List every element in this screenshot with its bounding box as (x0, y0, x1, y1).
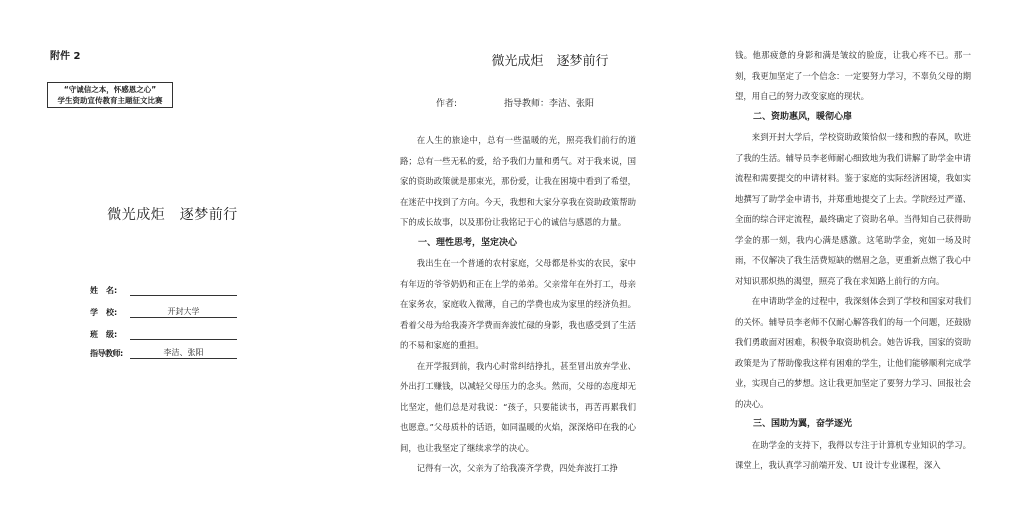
contest-title: 学生资助宣传教育主题征文比赛 (48, 95, 172, 106)
paragraph: 在助学金的支持下，我得以专注于计算机专业知识的学习。课堂上，我认真学习前端开发、… (735, 435, 971, 476)
field-teacher: 指导教师: 李洁、张阳 (90, 347, 237, 359)
field-name: 姓 名: (90, 284, 237, 296)
cover-page: 附件 2 “守诚信之本，怀感恩之心” 学生资助宣传教育主题征文比赛 微光成炬 逐… (0, 0, 360, 522)
paragraph: 我出生在一个普通的农村家庭，父母都是朴实的农民，家中有年迈的爷爷奶奶和正在上学的… (400, 253, 636, 356)
field-label: 指导教师: (90, 348, 130, 359)
field-class: 班 级: (90, 328, 237, 340)
contest-slogan: “守诚信之本，怀感恩之心” (48, 84, 172, 95)
paragraph: 记得有一次，父亲为了给我凑齐学费，四处奔波打工挣 (400, 458, 636, 479)
essay-body: 钱。他那疲惫的身影和满是皱纹的脸庞，让我心疼不已。那一刻，我更加坚定了一个信念：… (735, 45, 971, 476)
field-school: 学 校: 开封大学 (90, 306, 237, 318)
attachment-label: 附件 2 (50, 47, 80, 62)
paragraph: 在开学报到前，我内心时常纠结挣扎，甚至冒出放弃学业、外出打工赚钱，以减轻父母压力… (400, 356, 636, 459)
field-label: 姓 名: (90, 285, 130, 296)
field-label: 学 校: (90, 307, 130, 318)
contest-name-box: “守诚信之本，怀感恩之心” 学生资助宣传教育主题征文比赛 (47, 82, 173, 108)
essay-title: 微光成炬 逐梦前行 (380, 50, 720, 69)
author-label: 作者: (436, 96, 457, 109)
essay-page-2: 钱。他那疲惫的身影和满是皱纹的脸庞，让我心疼不已。那一刻，我更加坚定了一个信念：… (720, 0, 1024, 522)
paragraph-continued: 钱。他那疲惫的身影和满是皱纹的脸庞，让我心疼不已。那一刻，我更加坚定了一个信念：… (735, 45, 971, 107)
essay-body: 在人生的旅途中，总有一些温暖的光，照亮我们前行的道路；总有一些无私的爱，给予我们… (400, 130, 636, 479)
intro-paragraph: 在人生的旅途中，总有一些温暖的光，照亮我们前行的道路；总有一些无私的爱，给予我们… (400, 130, 636, 233)
section-heading: 二、资助惠风，暖彻心扉 (735, 107, 971, 128)
cover-title: 微光成炬 逐梦前行 (0, 204, 345, 224)
section-heading: 三、国助为翼，奋学逐光 (735, 414, 971, 435)
field-value (130, 328, 237, 340)
paragraph: 来到开封大学后，学校资助政策恰似一缕和煦的春风，吹进了我的生活。辅导员李老师耐心… (735, 127, 971, 291)
teacher-label: 指导教师：李洁、张阳 (504, 96, 594, 109)
field-value: 开封大学 (130, 306, 237, 318)
paragraph: 在申请助学金的过程中，我深刻体会到了学校和国家对我们的关怀。辅导员李老师不仅耐心… (735, 291, 971, 414)
field-label: 班 级: (90, 329, 130, 340)
section-heading: 一、理性思考，坚定决心 (400, 233, 636, 254)
field-value (130, 284, 237, 296)
field-value: 李洁、张阳 (130, 347, 237, 359)
essay-page-1: 微光成炬 逐梦前行 作者: 指导教师：李洁、张阳 在人生的旅途中，总有一些温暖的… (380, 0, 720, 522)
